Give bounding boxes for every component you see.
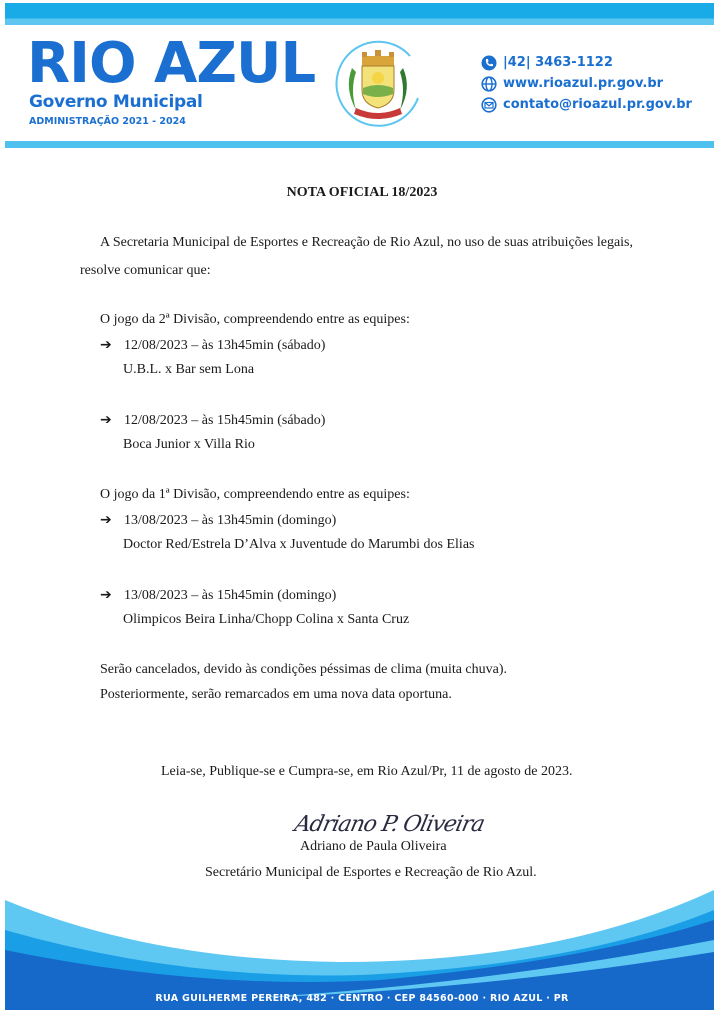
arrow-right-icon: ➔ (100, 337, 124, 353)
header-divider (5, 141, 714, 148)
email-link[interactable]: contato@rioazul.pr.gov.br (503, 97, 692, 112)
header-top-bar (5, 3, 714, 25)
intro-line-2: resolve comunicar que: (80, 263, 211, 279)
brand-subtitle: Governo Municipal (29, 92, 203, 112)
rescheduling-notice: Posteriormente, serão remarcados em uma … (100, 687, 452, 703)
phone-number: |42| 3463-1122 (503, 55, 613, 70)
brand-title: RIO AZUL (27, 36, 315, 92)
game-datetime: ➔13/08/2023 – às 15h45min (domingo) (100, 587, 336, 604)
signer-name: Adriano de Paula Oliveira (300, 839, 447, 855)
game-teams: U.B.L. x Bar sem Lona (123, 362, 254, 378)
coat-of-arms-icon (330, 38, 425, 133)
game-teams: Doctor Red/Estrela D’Alva x Juventude do… (123, 537, 474, 553)
contact-phone: |42| 3463-1122 (481, 52, 692, 73)
division-2-heading: O jogo da 2ª Divisão, compreendendo entr… (100, 312, 410, 328)
game-datetime: ➔12/08/2023 – às 15h45min (sábado) (100, 412, 325, 429)
arrow-right-icon: ➔ (100, 512, 124, 528)
document-title: NOTA OFICIAL 18/2023 (0, 185, 724, 201)
handwritten-signature: Adriano P. Oliveira (292, 812, 486, 837)
contact-email[interactable]: contato@rioazul.pr.gov.br (481, 94, 692, 115)
game-teams: Olimpicos Beira Linha/Chopp Colina x San… (123, 612, 409, 628)
administration-term: ADMINISTRAÇÃO 2021 - 2024 (29, 116, 186, 127)
footer-wave-graphic (0, 880, 724, 1010)
arrow-right-icon: ➔ (100, 412, 124, 428)
cancellation-notice: Serão cancelados, devido às condições pé… (100, 662, 507, 678)
intro-line-1: A Secretaria Municipal de Esportes e Rec… (100, 235, 633, 251)
phone-icon (481, 55, 497, 71)
game-datetime: ➔12/08/2023 – às 13h45min (sábado) (100, 337, 325, 354)
closing-statement: Leia-se, Publique-se e Cumpra-se, em Rio… (161, 764, 572, 780)
game-datetime: ➔13/08/2023 – às 13h45min (domingo) (100, 512, 336, 529)
arrow-right-icon: ➔ (100, 587, 124, 603)
game-teams: Boca Junior x Villa Rio (123, 437, 255, 453)
contact-website[interactable]: www.rioazul.pr.gov.br (481, 73, 692, 94)
contact-list: |42| 3463-1122 www.rioazul.pr.gov.br con… (481, 52, 692, 115)
globe-icon (481, 76, 497, 92)
footer-address: RUA GUILHERME PEREIRA, 482 · CENTRO · CE… (0, 993, 724, 1004)
signer-role: Secretário Municipal de Esportes e Recre… (205, 865, 537, 881)
mail-icon (481, 97, 497, 113)
division-1-heading: O jogo da 1ª Divisão, compreendendo entr… (100, 487, 410, 503)
website-link[interactable]: www.rioazul.pr.gov.br (503, 76, 663, 91)
